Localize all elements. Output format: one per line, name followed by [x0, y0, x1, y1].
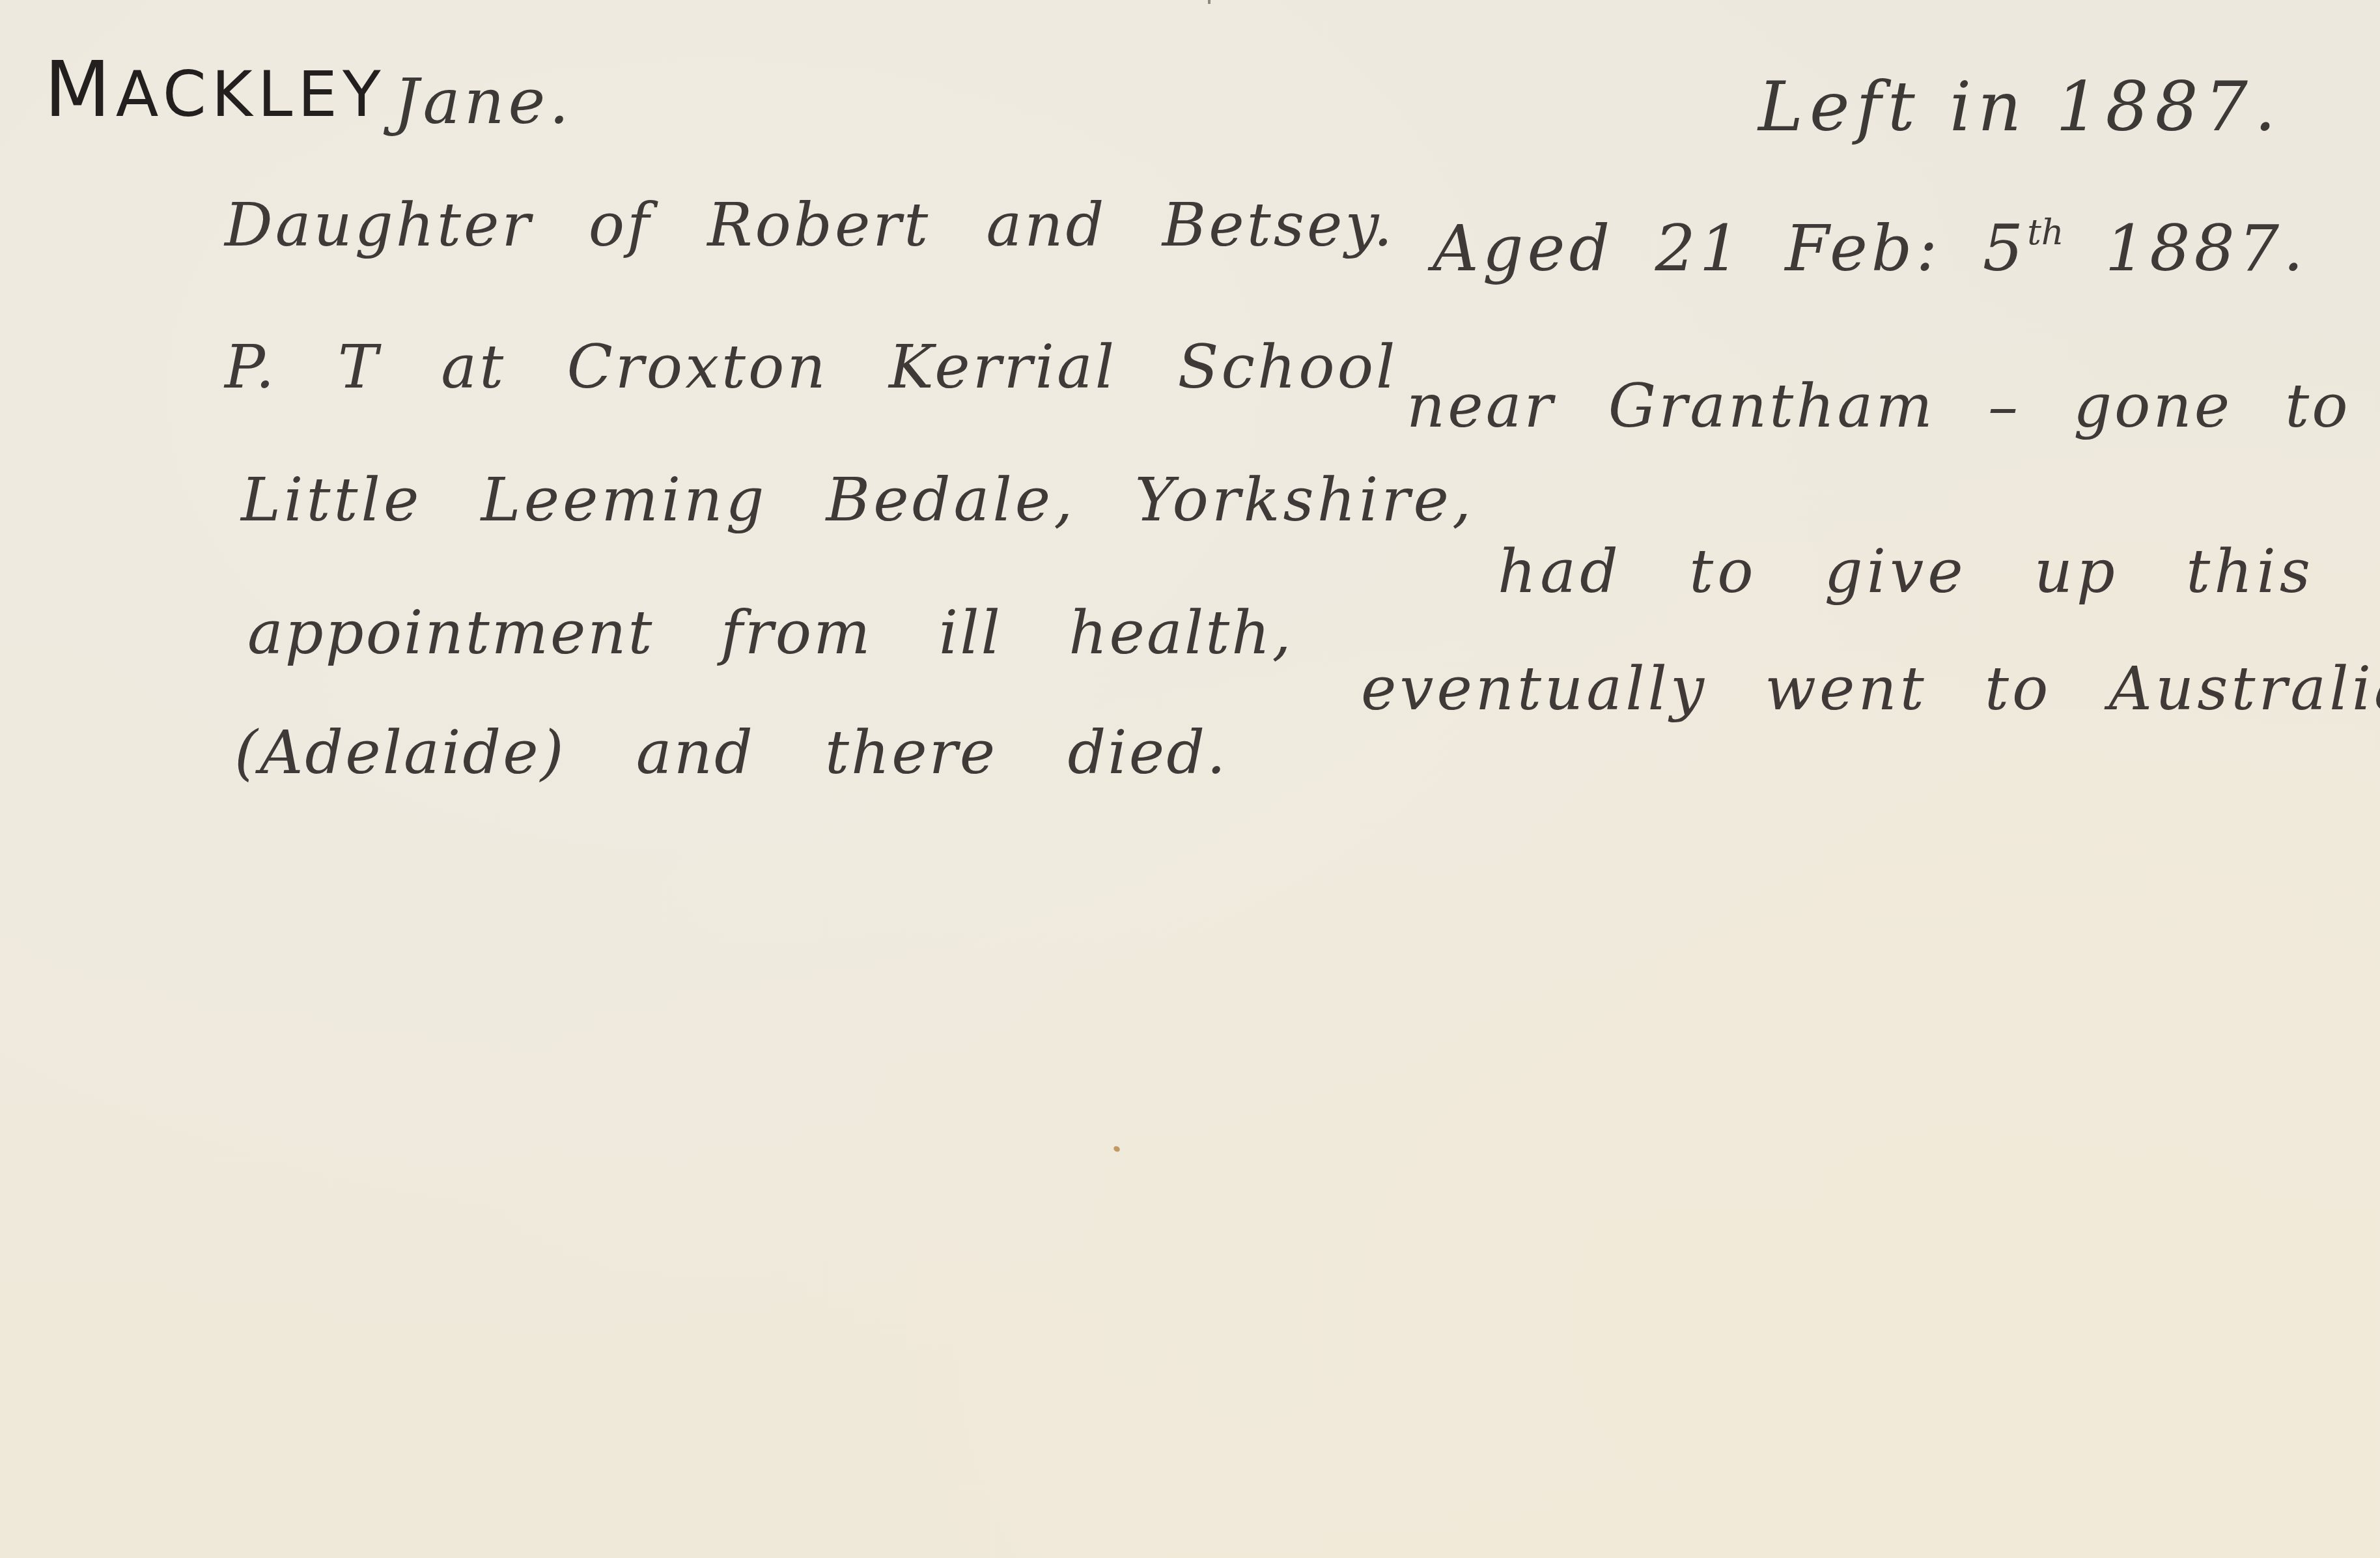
age-date-year: 1887. — [2064, 212, 2308, 286]
parentage-line: Daughter of Robert and Betsey. — [225, 195, 1395, 255]
school-line: P. T at Croxton Kerrial School — [225, 337, 1398, 397]
age-date-text: Aged 21 Feb: 5 — [1433, 212, 2027, 286]
paper-speck — [1113, 1145, 1121, 1153]
death-line: (Adelaide) and there died. — [234, 723, 1227, 783]
record-card: MACKLEY Jane. Left in 1887. Daughter of … — [0, 0, 2380, 1558]
ordinal-suffix: th — [2027, 212, 2064, 253]
resignation-line: had to give up this — [1498, 542, 2314, 602]
emigration-line: eventually went to Australia — [1361, 659, 2380, 719]
left-year-note: Left in 1887. — [1758, 73, 2282, 141]
forename: Jane. — [394, 70, 573, 133]
surname-initial: M — [44, 44, 116, 134]
age-date-line: Aged 21 Feb: 5th 1887. — [1433, 215, 2307, 281]
surname-rest: ACKLEY — [116, 58, 386, 131]
health-line: appointment from ill health, — [247, 603, 1293, 663]
school-location-line: near Grantham – gone to — [1407, 376, 2351, 436]
paper-mark — [1208, 0, 1211, 4]
surname-heading: MACKLEY — [44, 51, 386, 128]
destination-line: Little Leeming Bedale, Yorkshire, — [241, 470, 1474, 530]
